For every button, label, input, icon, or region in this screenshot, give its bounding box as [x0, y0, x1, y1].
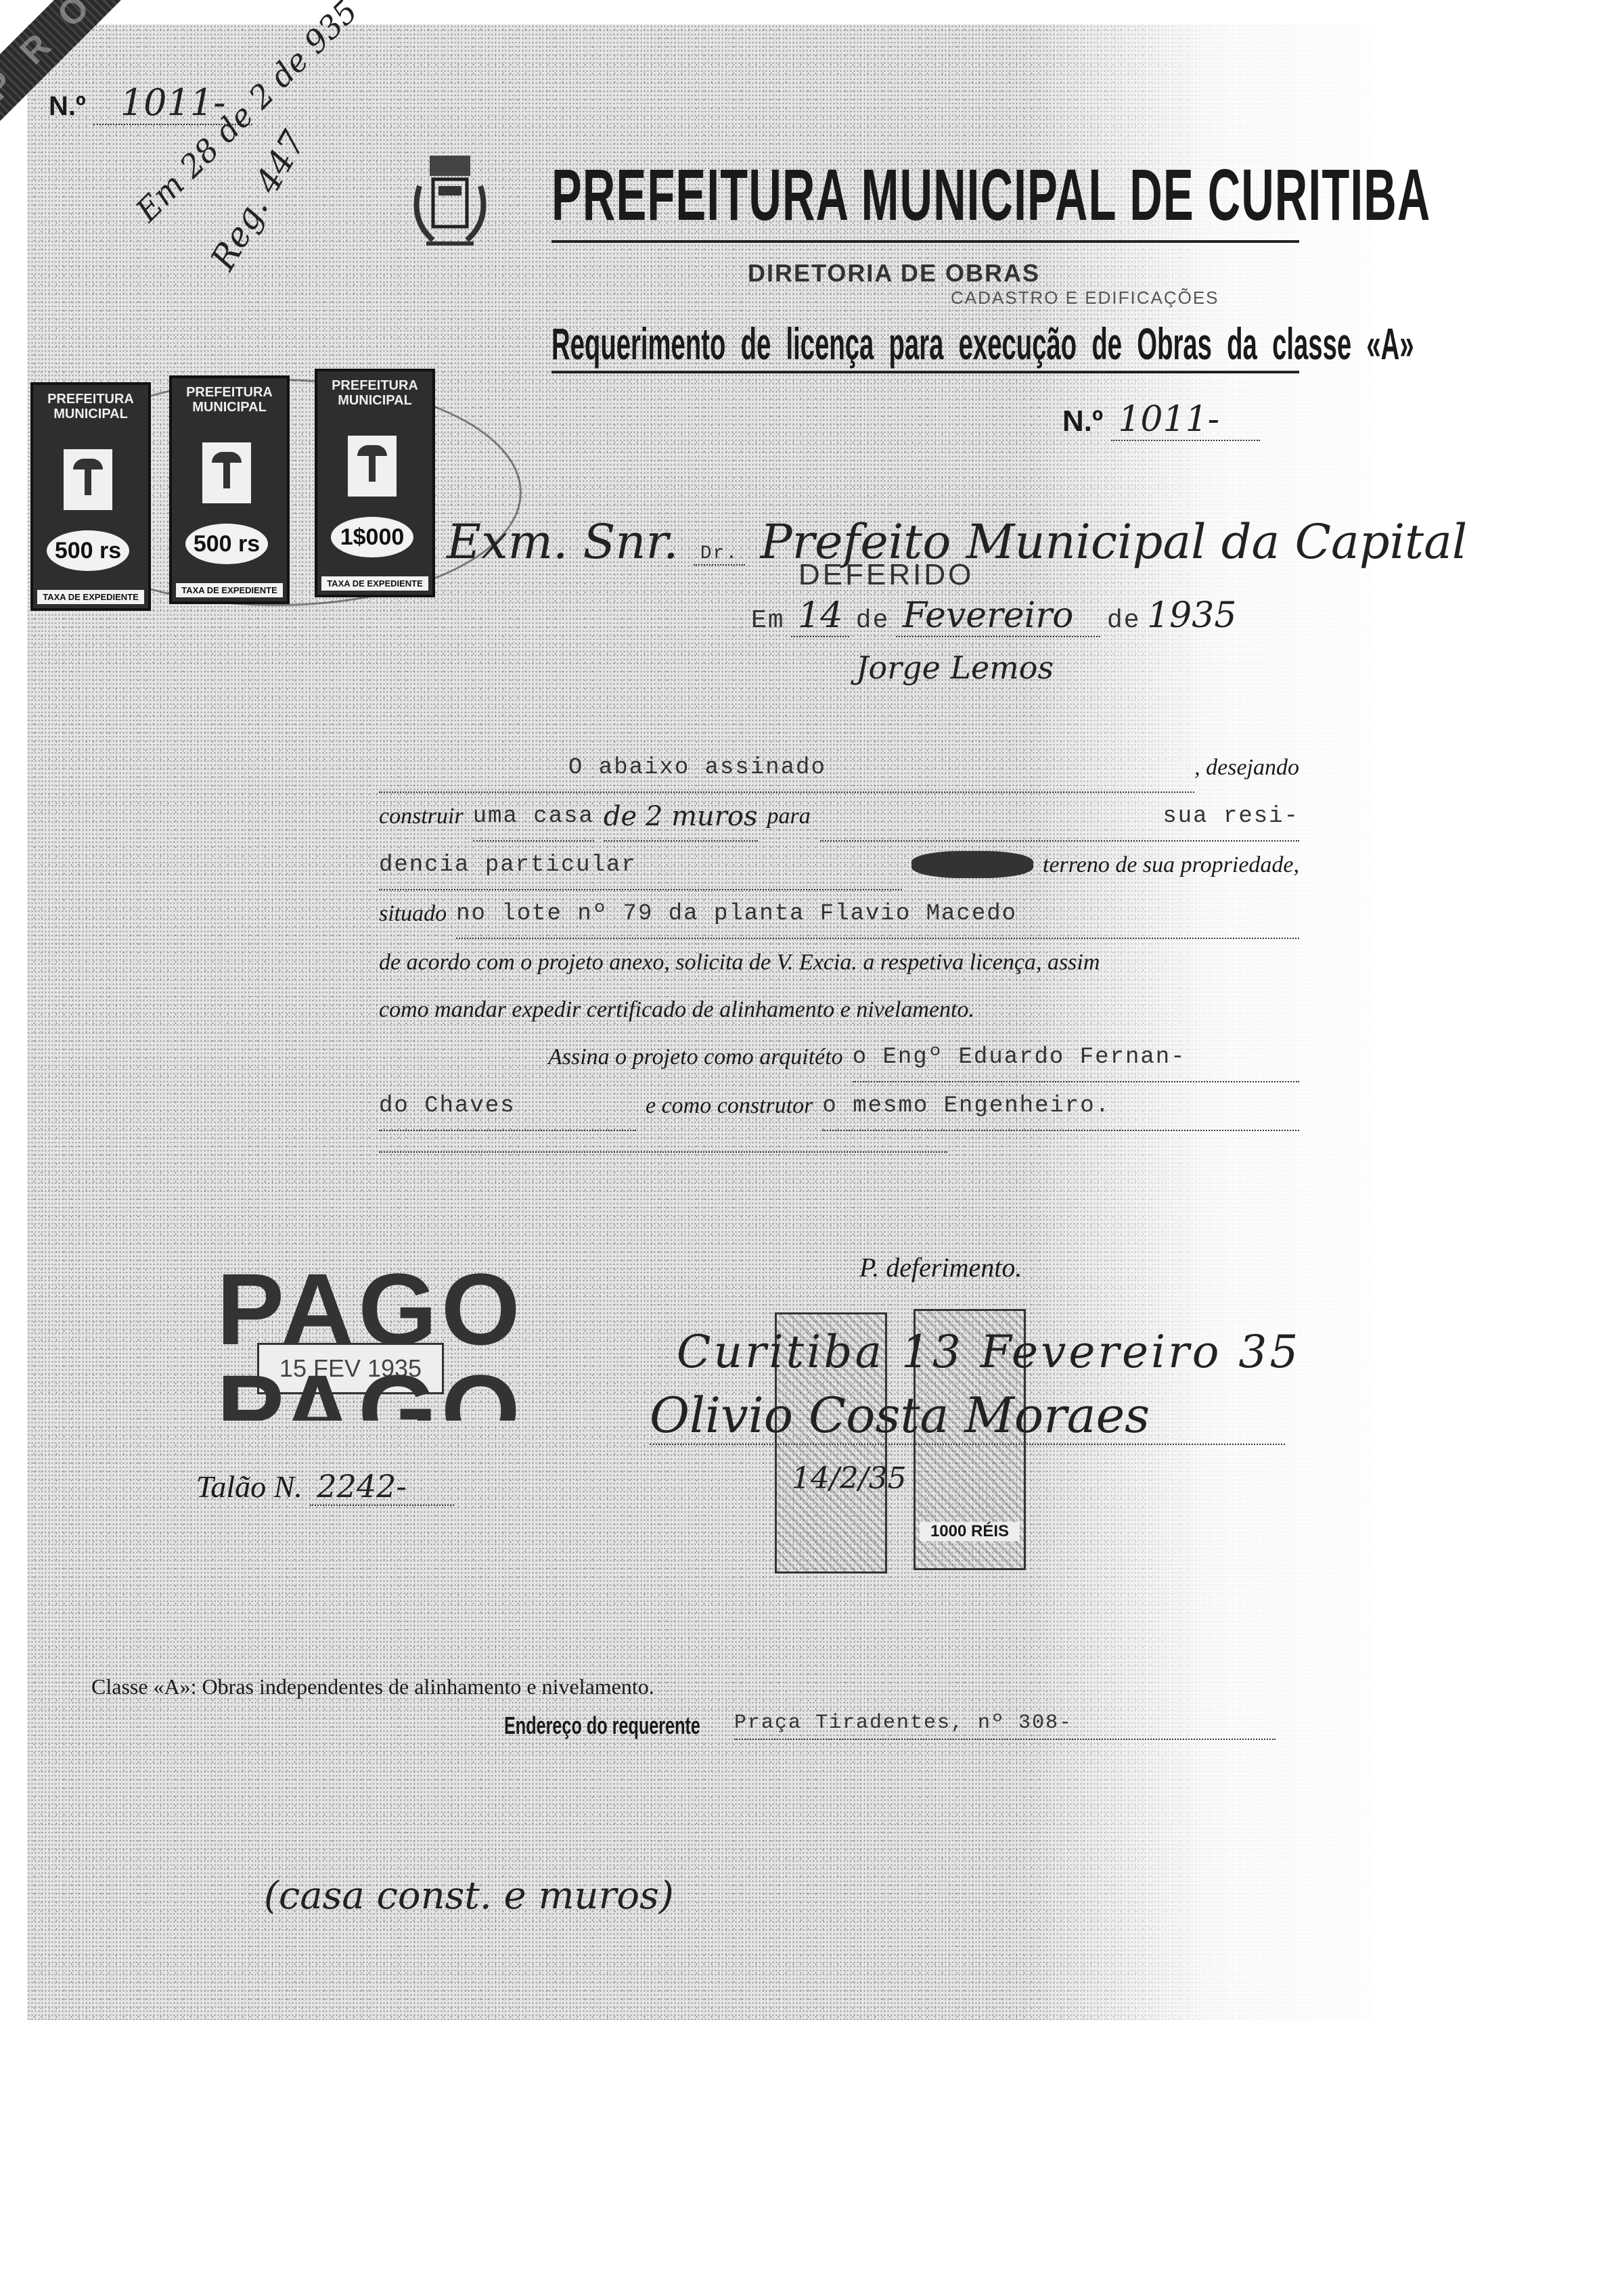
place-date: Curitiba 13 Fevereiro 35	[677, 1326, 1301, 1378]
ink-blot	[911, 851, 1033, 878]
decision-date: Em 14 de Fevereiro de 1935	[751, 595, 1236, 636]
class-note: Classe «A»: Obras independentes de alinh…	[91, 1674, 654, 1699]
approved-stamp: DEFERIDO	[798, 558, 974, 592]
paid-stamp: PAGO 15 FEV 1935 PAGO	[217, 1258, 487, 1461]
section: CADASTRO E EDIFICAÇÕES	[951, 288, 1219, 308]
request-body: O abaixo assinado , desejando construir …	[379, 744, 1299, 1153]
tax-stamp: PREFEITURA MUNICIPAL 500 rs TAXA DE EXPE…	[30, 382, 151, 611]
tax-stamp: PREFEITURA MUNICIPAL 500 rs TAXA DE EXPE…	[169, 375, 290, 604]
applicant-address: Endereço do requerente Praça Tiradentes,…	[504, 1712, 1276, 1740]
handwritten-note: (casa const. e muros)	[264, 1874, 674, 1918]
stamp-cancel-date: 14/2/35	[792, 1461, 907, 1496]
office-title: PREFEITURA MUNICIPAL DE CURITIBA	[551, 152, 1431, 237]
form-title: Requerimento de licença para execução de…	[551, 318, 1414, 369]
receipt-number: Talão N. 2242-	[196, 1468, 454, 1505]
tax-stamp: PREFEITURA MUNICIPAL 1$000 TAXA DE EXPED…	[315, 369, 435, 597]
form-number: N.º 1011-	[1062, 399, 1260, 440]
department: DIRETORIA DE OBRAS	[748, 259, 1040, 288]
applicant-signature: Olivio Costa Moraes	[650, 1387, 1285, 1445]
mayor-signature: Jorge Lemos	[856, 649, 1054, 686]
coat-of-arms-icon	[406, 152, 494, 260]
closing-text: P. deferimento.	[859, 1252, 1022, 1283]
